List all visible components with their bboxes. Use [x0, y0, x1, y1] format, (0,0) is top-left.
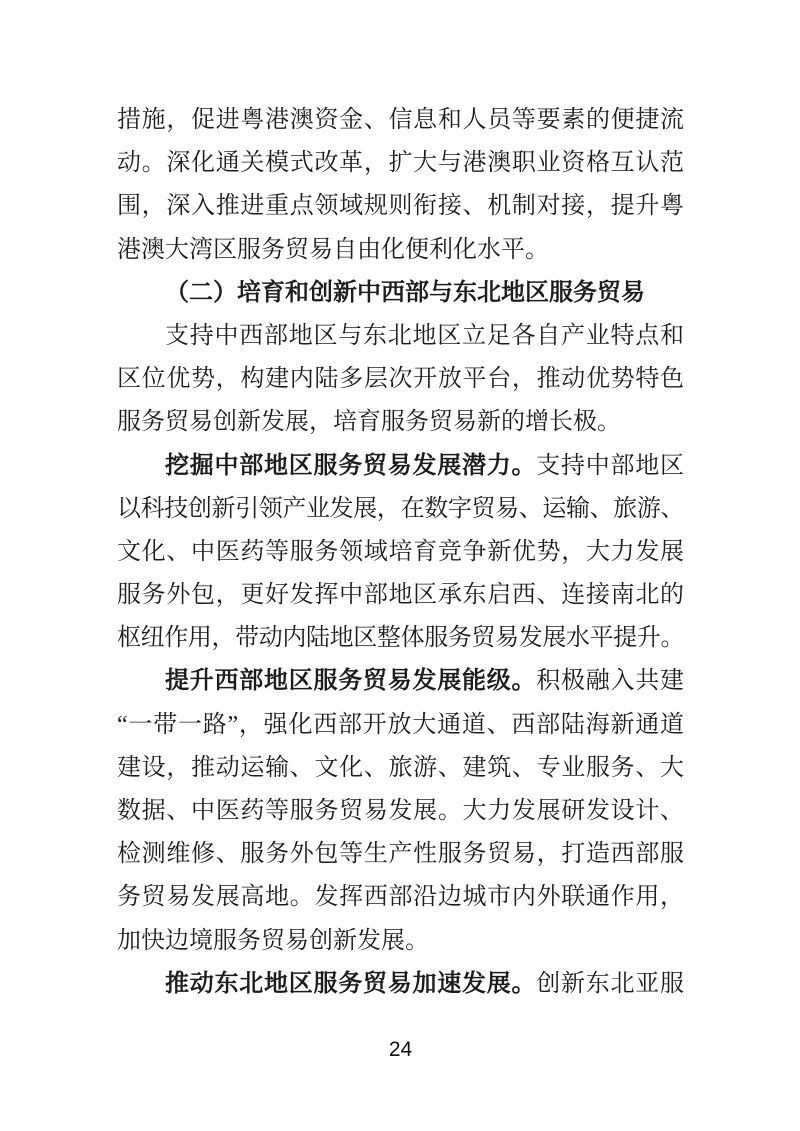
page-number: 24 [389, 1038, 412, 1061]
body-text: 港澳大湾区服务贸易自由化便利化水平。 [117, 237, 549, 263]
text-line: 挖掘中部地区服务贸易发展潜力。支持中部地区 [117, 445, 684, 488]
text-line: 提升西部地区服务贸易发展能级。积极融入共建 [117, 660, 684, 703]
body-text: 围，深入推进重点领域规则衔接、机制对接，提升粤 [117, 193, 684, 219]
body-text: 数据、中医药等服务贸易发展。大力发展研发设计、 [117, 798, 684, 824]
text-line: 服务外包，更好发挥中部地区承东启西、连接南北的 [117, 574, 684, 617]
body-text: “一带一路”，强化西部开放大通道、西部陆海新通道 [117, 712, 684, 738]
text-line: 推动东北地区服务贸易加速发展。创新东北亚服 [117, 963, 684, 1006]
text-line: 枢纽作用，带动内陆地区整体服务贸易发展水平提升。 [117, 617, 684, 660]
body-text: 动。深化通关模式改革，扩大与港澳职业资格互认范 [117, 150, 684, 176]
text-line: 检测维修、服务外包等生产性服务贸易，打造西部服 [117, 833, 684, 876]
text-line: 围，深入推进重点领域规则衔接、机制对接，提升粤 [117, 185, 684, 228]
bold-lead-text: 挖掘中部地区服务贸易发展潜力。 [165, 453, 536, 479]
document-page: 措施，促进粤港澳资金、信息和人员等要素的便捷流动。深化通关模式改革，扩大与港澳职… [0, 0, 800, 1131]
body-text: 枢纽作用，带动内陆地区整体服务贸易发展水平提升。 [117, 625, 684, 651]
text-line: 加快边境服务贸易创新发展。 [117, 920, 684, 963]
body-text: 积极融入共建 [536, 668, 684, 694]
text-line: 文化、中医药等服务领域培育竞争新优势，大力发展 [117, 531, 684, 574]
body-text: 以科技创新引领产业发展，在数字贸易、运输、旅游、 [117, 496, 684, 522]
page-footer: 24 [117, 1034, 684, 1066]
body-text: 服务外包，更好发挥中部地区承东启西、连接南北的 [117, 582, 684, 608]
bold-lead-text: （二）培育和创新中西部与东北地区服务贸易 [165, 280, 645, 306]
text-line: 区位优势，构建内陆多层次开放平台，推动优势特色 [117, 358, 684, 401]
text-line: 动。深化通关模式改革，扩大与港澳职业资格互认范 [117, 142, 684, 185]
text-line: 服务贸易创新发展，培育服务贸易新的增长极。 [117, 401, 684, 444]
bold-lead-text: 推动东北地区服务贸易加速发展。 [165, 971, 536, 997]
text-line: 务贸易发展高地。发挥西部沿边城市内外联通作用， [117, 876, 684, 919]
text-line: 建设，推动运输、文化、旅游、建筑、专业服务、大 [117, 747, 684, 790]
text-line: 措施，促进粤港澳资金、信息和人员等要素的便捷流 [117, 99, 684, 142]
body-text: 支持中西部地区与东北地区立足各自产业特点和 [165, 323, 684, 349]
body-text: 服务贸易创新发展，培育服务贸易新的增长极。 [117, 409, 621, 435]
body-text: 文化、中医药等服务领域培育竞争新优势，大力发展 [117, 539, 684, 565]
document-body: 措施，促进粤港澳资金、信息和人员等要素的便捷流动。深化通关模式改革，扩大与港澳职… [117, 99, 684, 1006]
body-text: 区位优势，构建内陆多层次开放平台，推动优势特色 [117, 366, 684, 392]
text-line: 以科技创新引领产业发展，在数字贸易、运输、旅游、 [117, 488, 684, 531]
text-line: “一带一路”，强化西部开放大通道、西部陆海新通道 [117, 704, 684, 747]
section-heading: （二）培育和创新中西部与东北地区服务贸易 [117, 272, 684, 315]
text-line: 支持中西部地区与东北地区立足各自产业特点和 [117, 315, 684, 358]
text-line: 数据、中医药等服务贸易发展。大力发展研发设计、 [117, 790, 684, 833]
text-line: 港澳大湾区服务贸易自由化便利化水平。 [117, 229, 684, 272]
body-text: 建设，推动运输、文化、旅游、建筑、专业服务、大 [117, 755, 684, 781]
body-text: 务贸易发展高地。发挥西部沿边城市内外联通作用， [117, 884, 684, 910]
body-text: 创新东北亚服 [536, 971, 684, 997]
body-text: 措施，促进粤港澳资金、信息和人员等要素的便捷流 [117, 107, 684, 133]
body-text: 检测维修、服务外包等生产性服务贸易，打造西部服 [117, 841, 684, 867]
bold-lead-text: 提升西部地区服务贸易发展能级。 [165, 668, 536, 694]
body-text: 加快边境服务贸易创新发展。 [117, 928, 429, 954]
body-text: 支持中部地区 [536, 453, 684, 479]
